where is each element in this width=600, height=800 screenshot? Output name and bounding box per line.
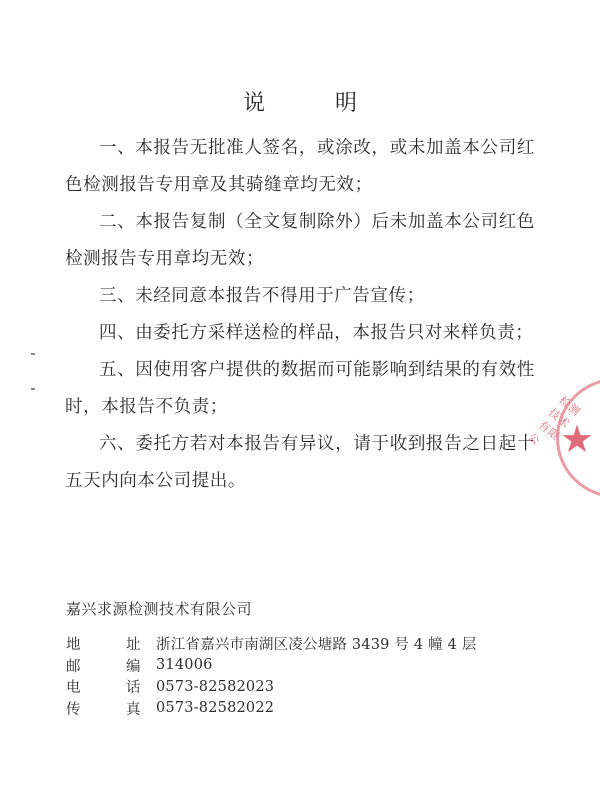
- scan-mark: [31, 353, 35, 355]
- clause-3: 三、未经同意本报告不得用于广告宣传；: [65, 278, 535, 315]
- contact-label: 址: [126, 633, 156, 654]
- contact-value: 浙江省嘉兴市南湖区凌公塘路 3439 号 4 幢 4 层: [156, 633, 477, 654]
- contact-value: 0573-82582023: [156, 679, 274, 695]
- contact-value: 0573-82582022: [156, 700, 274, 716]
- clause-4: 四、由委托方采样送检的样品，本报告只对来样负责；: [65, 315, 535, 352]
- contact-value: 314006: [156, 657, 213, 673]
- contact-phone: 电 话 0573-82582023: [66, 676, 477, 698]
- clause-5: 五、因使用客户提供的数据而可能影响到结果的有效性时，本报告不负责；: [65, 352, 535, 426]
- contact-postcode: 邮 编 314006: [66, 655, 477, 677]
- contact-label: 真: [126, 698, 156, 719]
- contact-address: 地 址 浙江省嘉兴市南湖区凌公塘路 3439 号 4 幢 4 层: [66, 633, 477, 655]
- contact-label: 传: [66, 698, 126, 719]
- contact-label: 地: [66, 633, 126, 654]
- contact-fax: 传 真 0573-82582022: [66, 698, 477, 720]
- scan-mark: [31, 388, 35, 390]
- clause-2: 二、本报告复制（全文复制除外）后未加盖本公司红色检测报告专用章均无效；: [65, 204, 535, 278]
- page-title: 说 明: [0, 86, 600, 117]
- contact-label: 话: [126, 676, 156, 697]
- contact-label: 邮: [66, 655, 126, 676]
- clause-1: 一、本报告无批准人签名，或涂改，或未加盖本公司红色检测报告专用章及其骑缝章均无效…: [65, 130, 535, 204]
- clause-6: 六、委托方若对本报告有异议，请于收到报告之日起十五天内向本公司提出。: [65, 426, 535, 500]
- clause-list: 一、本报告无批准人签名，或涂改，或未加盖本公司红色检测报告专用章及其骑缝章均无效…: [65, 130, 535, 500]
- contact-label: 电: [66, 676, 126, 697]
- contact-label: 编: [126, 655, 156, 676]
- company-name: 嘉兴求源检测技术有限公司: [66, 598, 252, 619]
- seal-star-icon: ★: [560, 420, 594, 458]
- contact-info: 地 址 浙江省嘉兴市南湖区凌公塘路 3439 号 4 幢 4 层 邮 编 314…: [66, 633, 477, 719]
